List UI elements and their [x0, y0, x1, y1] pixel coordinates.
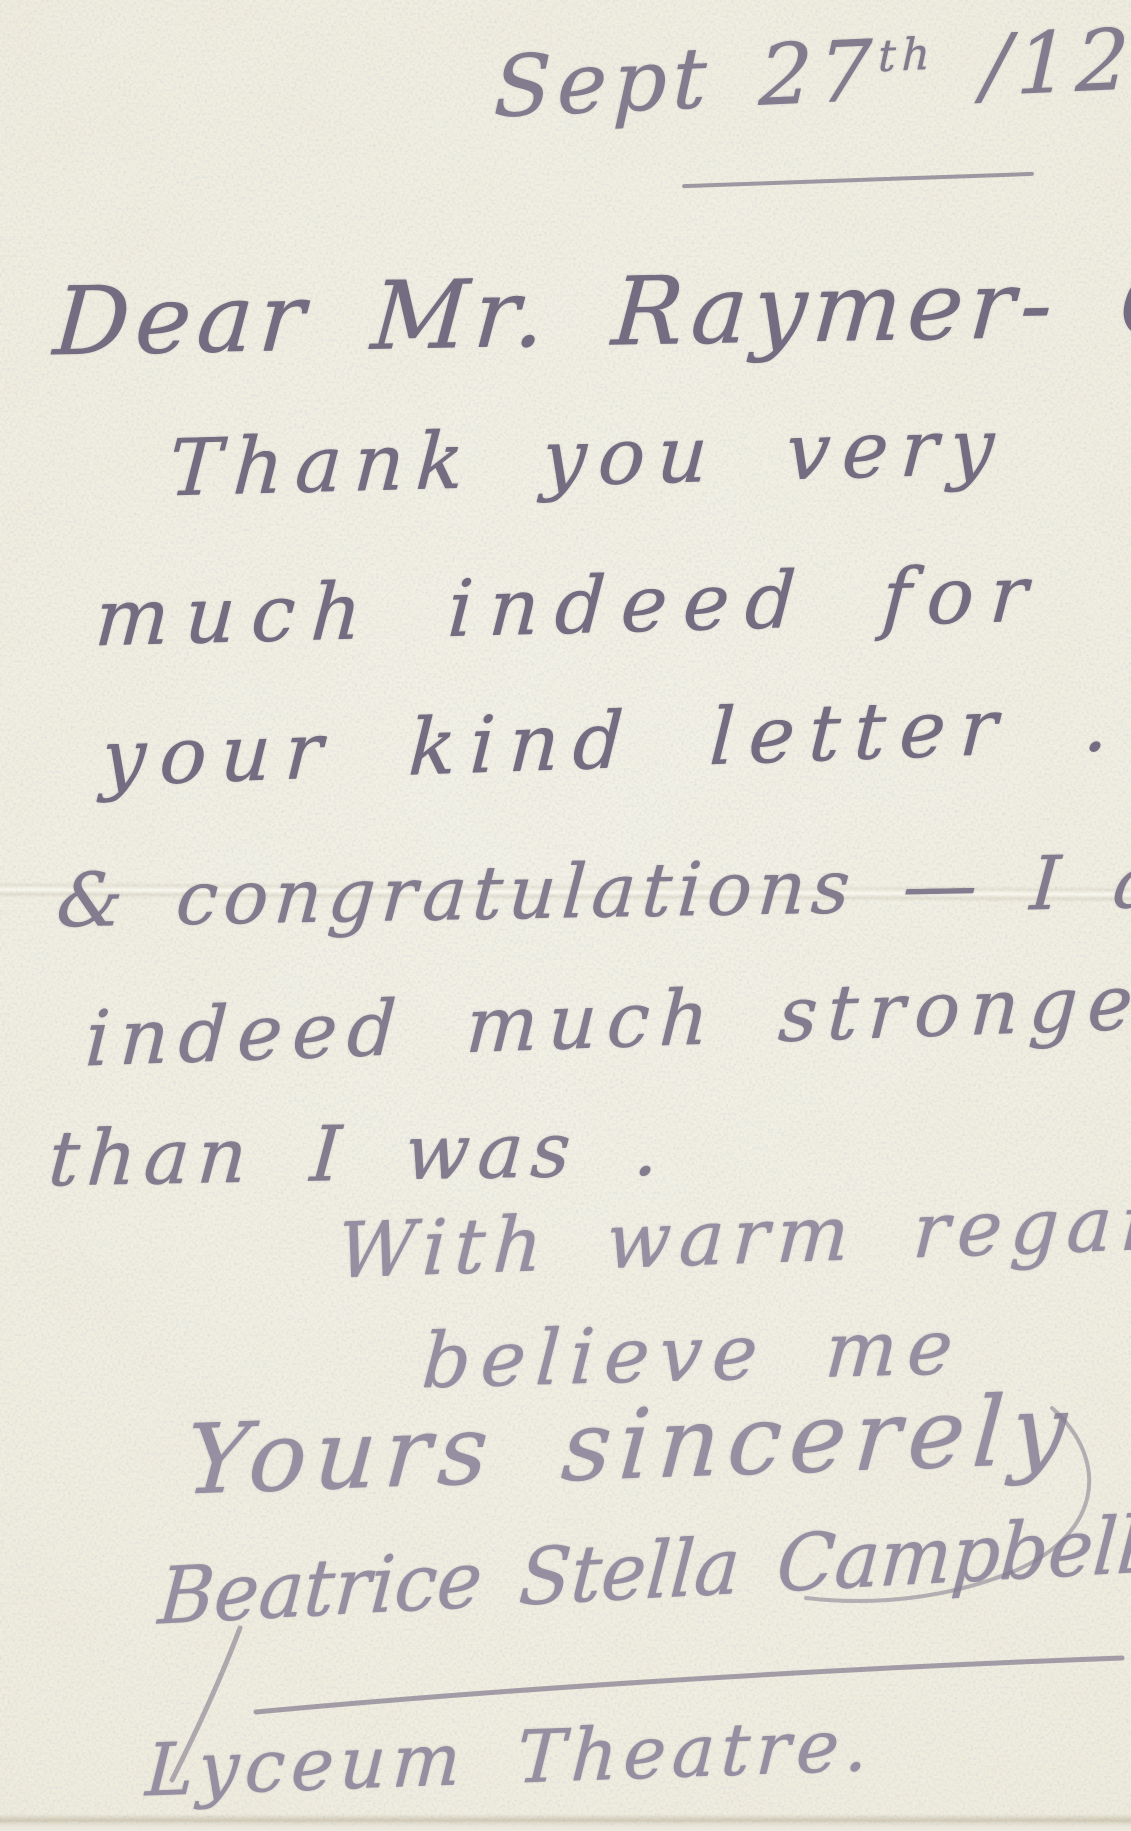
- date-year: /12.: [934, 9, 1131, 117]
- body-line: your kind letter .: [99, 678, 1124, 804]
- paper-bottom-edge: [0, 1814, 1131, 1831]
- body-line: & congratulations — I am: [54, 837, 1131, 944]
- handwritten-letter-page: Sept 27th /12. Dear Mr. Raymer- Cole. Th…: [0, 0, 1131, 1831]
- body-line: than I was .: [46, 1103, 670, 1203]
- body-line: Thank you very: [166, 402, 1008, 514]
- date-line: Sept 27th /12.: [492, 9, 1131, 137]
- body-line: indeed much stronger: [83, 955, 1131, 1083]
- date-underline: [682, 172, 1034, 188]
- date-text: Sept 27: [492, 21, 879, 136]
- date-day-suffix: th: [877, 28, 936, 82]
- signature-underline-flourish: [256, 1658, 1122, 1712]
- location-line: Lyceum Theatre.: [144, 1703, 876, 1813]
- valediction-line: Yours sincerely: [182, 1373, 1078, 1516]
- body-line: much indeed for: [92, 549, 1045, 664]
- salutation-line: Dear Mr. Raymer- Cole.: [50, 245, 1131, 378]
- signature-name: Beatrice Stella Campbell: [156, 1501, 1131, 1643]
